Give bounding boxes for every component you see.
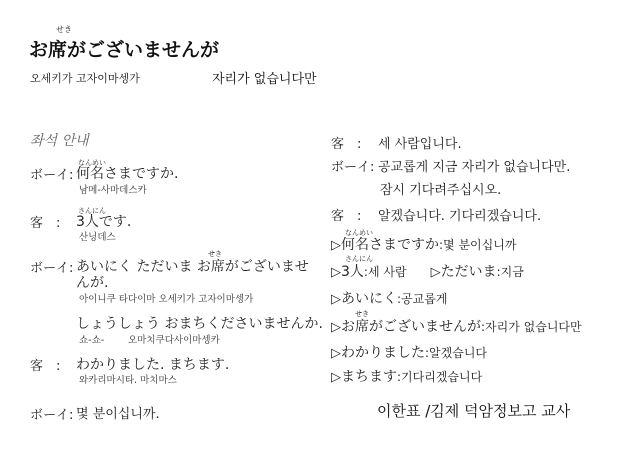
pronunciation: 아이니쿠 타다이마 오세키가 고자이마셍가 [79, 291, 253, 305]
speaker-label: ボーイ: [30, 404, 73, 423]
vocab-item: ▷わかりました:알겠습니다 [331, 342, 487, 362]
dialogue-line: わかりました. まちます. [76, 354, 229, 374]
speaker-label: 客 : [30, 355, 60, 374]
vocab-jp: お席がございませんが [341, 319, 481, 335]
author-credit: 이한표 /김제 덕암정보고 교사 [377, 400, 570, 421]
speaker-label: ボーイ: [30, 257, 73, 276]
vocab-kr: :공교롭게 [397, 292, 447, 306]
vocab-jp: 何名さまですか [341, 237, 439, 253]
bullet-marker: ▷ [331, 370, 341, 385]
speaker-label: ボーイ: [30, 164, 73, 183]
vocab-jp: まちます [341, 369, 397, 385]
vocab-kr: :자리가 없습니다만 [481, 320, 582, 334]
vocab-item: さんにん ▷3人:세 사람▷ただいま:지금 [331, 261, 524, 281]
speaker-label: 客 : [331, 205, 361, 224]
title-reading: 오세키가 고자이마셍가 [30, 70, 140, 86]
vocab-jp: ただいま [441, 264, 497, 280]
bullet-marker: ▷ [431, 265, 441, 280]
speaker-label: 客 : [331, 133, 361, 152]
dialogue-line: 공교롭게 지금 자리가 없습니다만. [378, 156, 570, 175]
dialogue-line-cont: んが. [76, 272, 108, 292]
vocab-jp: あいにく [341, 291, 397, 307]
dialogue-line: 何名さまですか. [76, 163, 178, 183]
vocab-kr: :지금 [497, 265, 524, 279]
bullet-marker: ▷ [331, 320, 341, 335]
ruby: なんめい [345, 228, 373, 238]
vocab-kr: :세 사람 [364, 265, 407, 279]
dialogue-line: 몇 분이십니까. [76, 403, 160, 422]
dialogue-line: 3人です. [76, 211, 131, 231]
pronunciation: 산닝데스 [79, 229, 116, 243]
vocab-jp: わかりました [341, 345, 425, 361]
vocab-kr: :기다리겠습니다 [397, 370, 482, 384]
bullet-marker: ▷ [331, 265, 341, 280]
speaker-label: 客 : [30, 212, 60, 231]
vocab-kr: :몇 분이십니까 [439, 238, 516, 252]
speaker-label: ボーイ: [331, 156, 374, 175]
bullet-marker: ▷ [331, 292, 341, 307]
dialogue-line-cont: 잠시 기다려주십시오. [380, 179, 501, 198]
pronunciation: 와카리마시타. 마치마스 [79, 372, 177, 386]
bullet-marker: ▷ [331, 346, 341, 361]
pronunciation: 남메-사마데스카 [79, 182, 147, 196]
dialogue-line: あいにく ただいま お席がございませ [76, 256, 309, 276]
section-heading: 좌석 안내 [30, 130, 89, 150]
bullet-marker: ▷ [331, 238, 341, 253]
pronunciation: 쇼-쇼- [79, 332, 104, 346]
title-ruby: せき [56, 24, 72, 35]
vocab-kr: :알겠습니다 [425, 346, 487, 360]
page-title: お席がございませんが [29, 35, 219, 62]
vocab-item: なんめい ▷何名さまですか:몇 분이십니까 [331, 234, 516, 254]
ruby: さんにん [345, 254, 373, 264]
dialogue-line: 알겠습니다. 기다리겠습니다. [378, 205, 541, 224]
dialogue-line: しょうしょう おまちくださいませんか. [76, 313, 323, 333]
pronunciation: 오마치쿠다사이마셍카 [128, 332, 220, 346]
title-meaning: 자리가 없습니다만 [212, 68, 317, 87]
vocab-item: ▷まちます:기다리겠습니다 [331, 366, 482, 386]
ruby: せき [355, 309, 369, 319]
vocab-item: ▷あいにく:공교롭게 [331, 288, 447, 308]
vocab-item: せき ▷お席がございませんが:자리가 없습니다만 [331, 316, 582, 336]
dialogue-line: 세 사람입니다. [378, 133, 462, 152]
vocab-jp: 3人 [341, 264, 364, 280]
